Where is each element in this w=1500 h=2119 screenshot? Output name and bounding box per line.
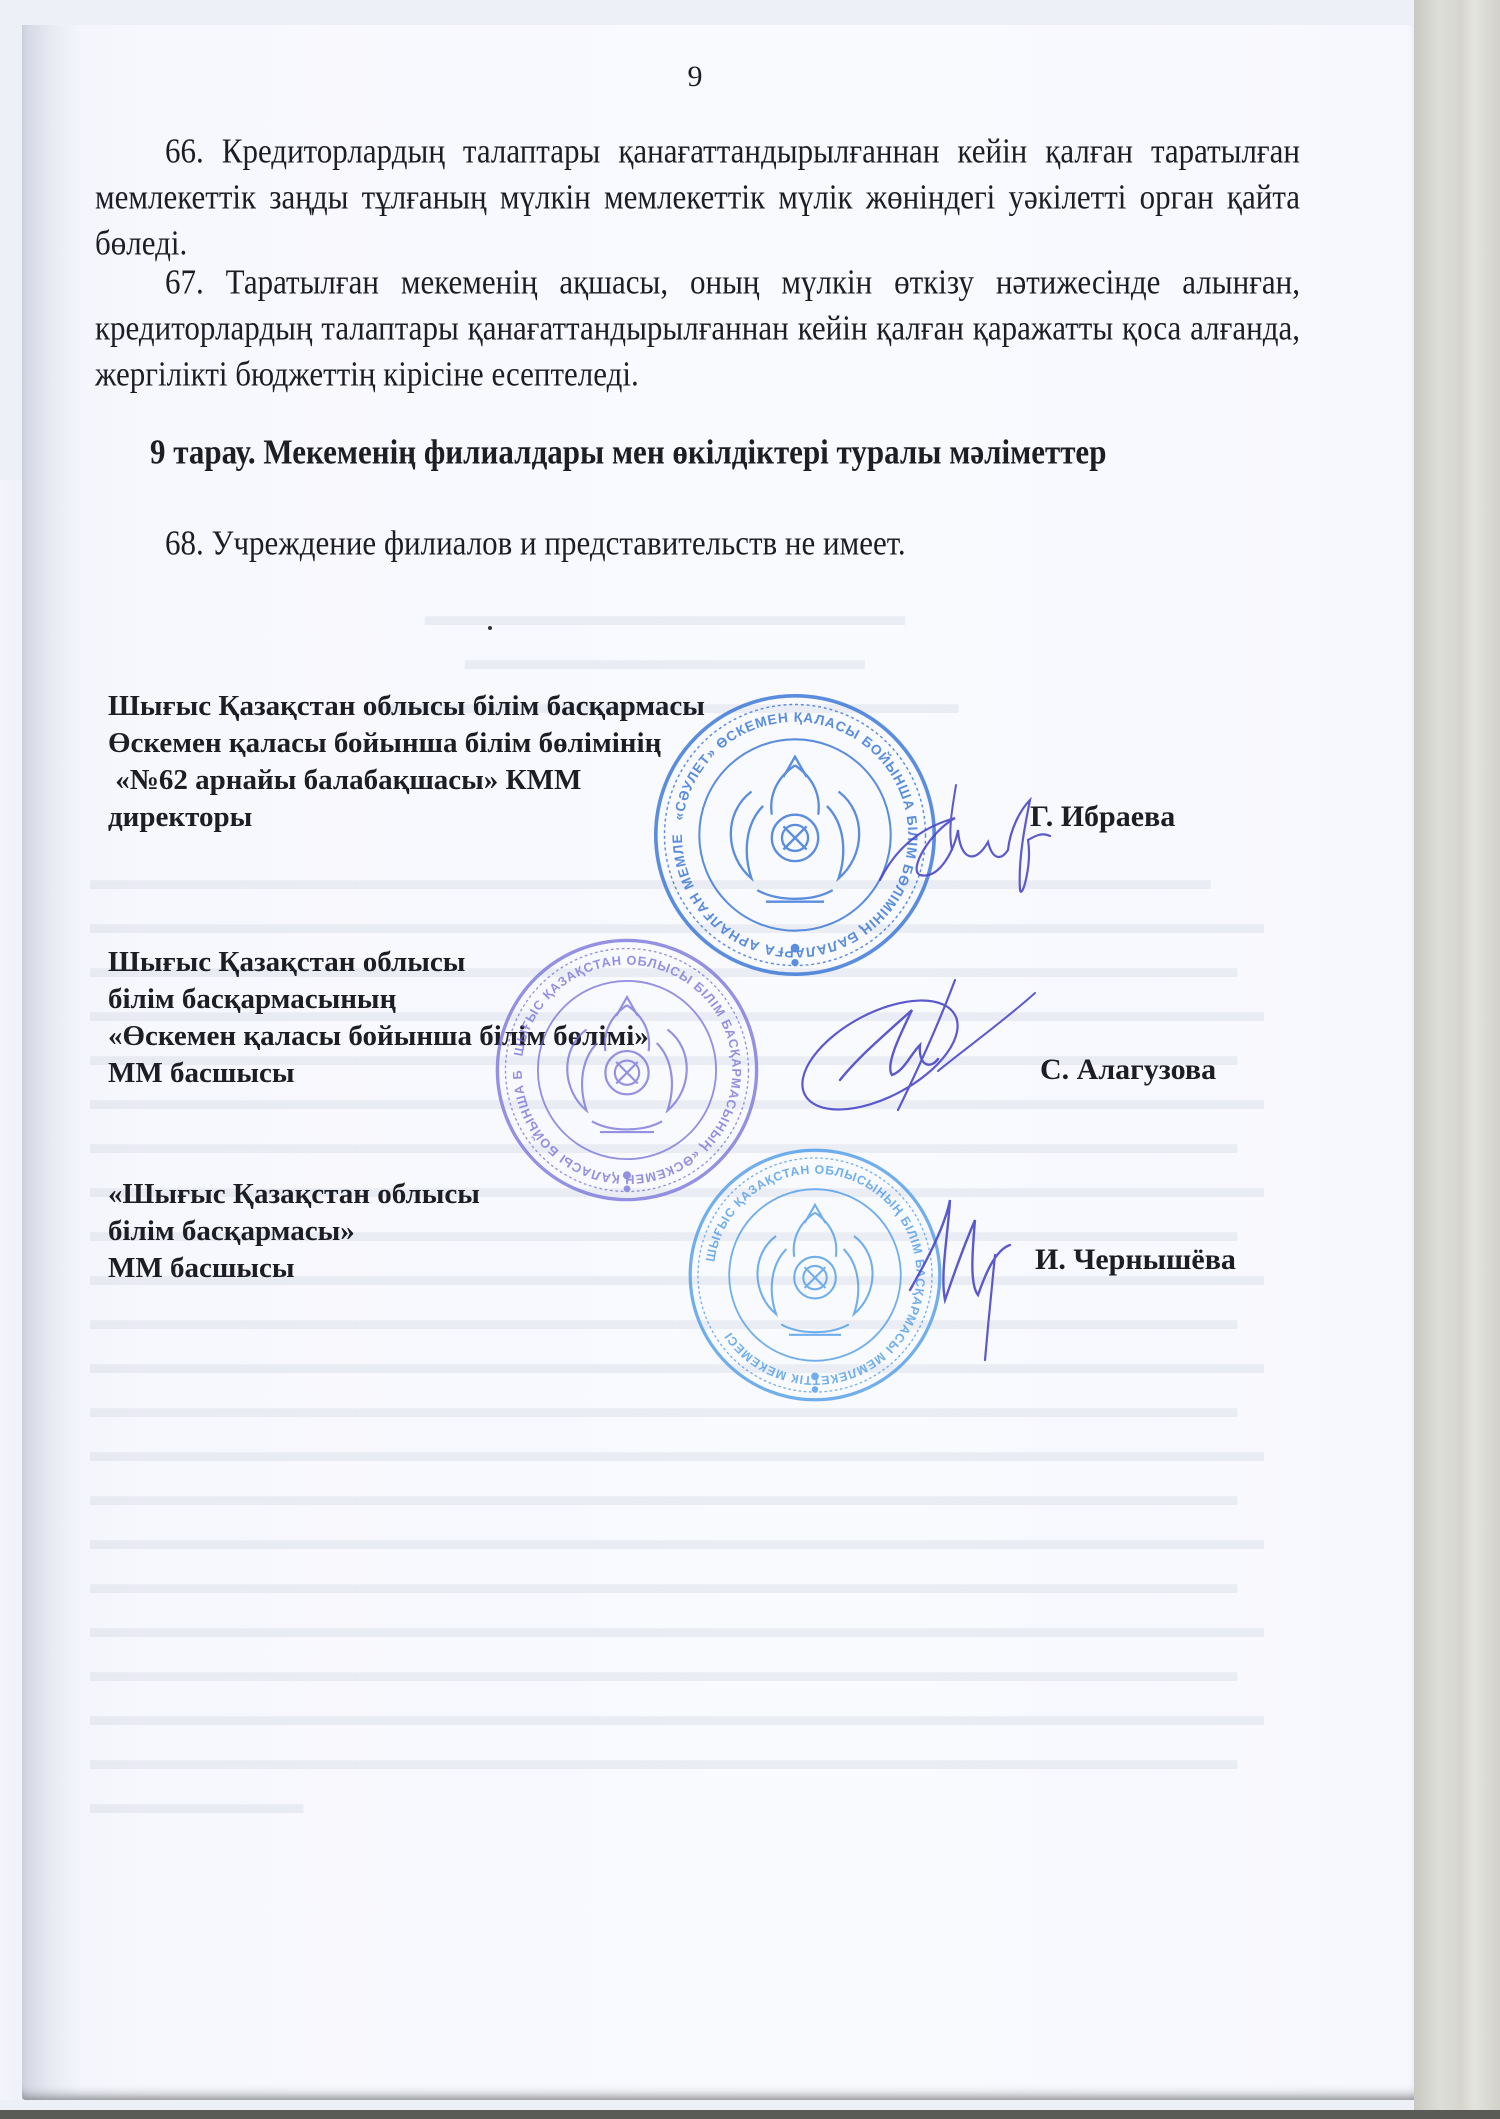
paragraph-67: 67. Таратылған мекеменің ақшасы, оның мү… bbox=[95, 259, 1300, 397]
title-line: «Шығыс Қазақстан облысы bbox=[108, 1176, 480, 1213]
paragraph-66: 66. Кредиторлардың талаптары қанағаттанд… bbox=[95, 128, 1300, 266]
paragraph-68: 68. Учреждение филиалов и представительс… bbox=[165, 523, 906, 563]
title-line: білім басқармасы» bbox=[108, 1213, 480, 1250]
paragraph-text: Таратылған мекеменің ақшасы, оның мүлкін… bbox=[95, 262, 1300, 393]
page-number: 9 bbox=[0, 60, 1390, 94]
title-line: ММ басшысы bbox=[108, 1055, 649, 1092]
paragraph-number: 67. bbox=[165, 262, 204, 301]
paragraph-number: 66. bbox=[165, 131, 204, 170]
section-heading: 9 тарау. Мекеменің филиалдары мен өкілді… bbox=[150, 432, 1106, 472]
title-line: ММ басшысы bbox=[108, 1250, 480, 1287]
signer-name-3: И. Чернышёва bbox=[1035, 1243, 1236, 1277]
signatory-title-3: «Шығыс Қазақстан облысы білім басқармасы… bbox=[108, 1176, 480, 1287]
stray-mark bbox=[488, 626, 492, 630]
document-content: 9 66. Кредиторлардың талаптары қанағатта… bbox=[0, 0, 1500, 2119]
signer-name-1: Г. Ибраева bbox=[1030, 800, 1175, 834]
title-line: директоры bbox=[108, 799, 705, 836]
title-line: білім басқармасының bbox=[108, 981, 649, 1018]
title-line: «Өскемен қаласы бойынша білім бөлімі» bbox=[108, 1018, 649, 1055]
title-line: Шығыс Қазақстан облысы bbox=[108, 944, 649, 981]
title-line: «№62 арнайы балабақшасы» КММ bbox=[108, 762, 705, 799]
paragraph-text: Кредиторлардың талаптары қанағаттандырыл… bbox=[95, 131, 1300, 262]
signatory-title-1: Шығыс Қазақстан облысы білім басқармасы … bbox=[108, 688, 705, 836]
title-line: Өскемен қаласы бойынша білім бөлімінің bbox=[108, 725, 705, 762]
title-line: Шығыс Қазақстан облысы білім басқармасы bbox=[108, 688, 705, 725]
signer-name-2: С. Алагузова bbox=[1040, 1053, 1216, 1087]
signatory-title-2: Шығыс Қазақстан облысы білім басқармасын… bbox=[108, 944, 649, 1092]
